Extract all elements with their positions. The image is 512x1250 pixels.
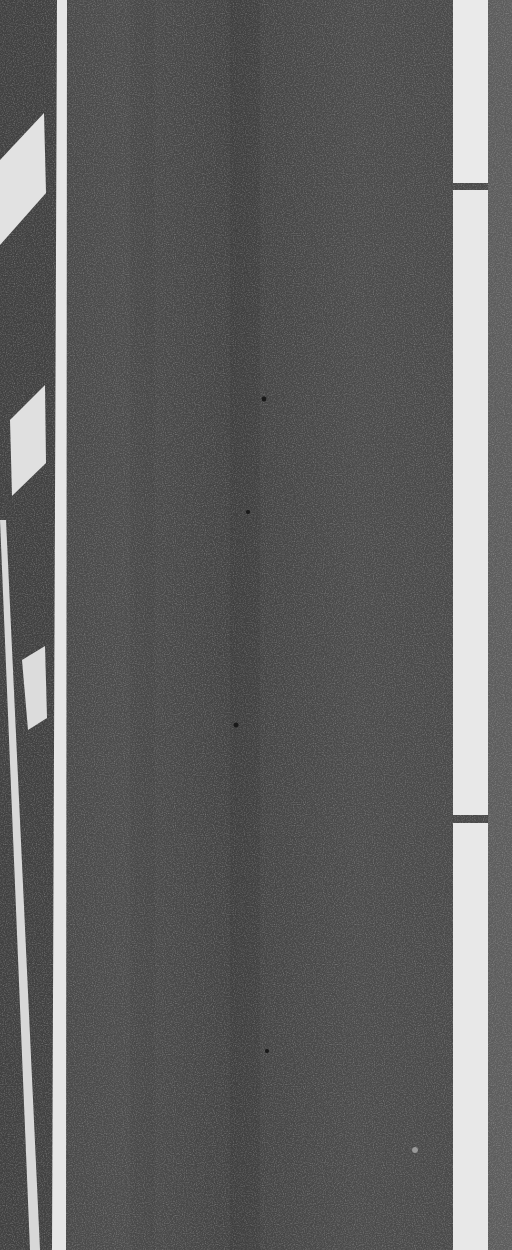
asphalt-spot (246, 510, 250, 514)
right-edge-line-segment-2 (453, 190, 488, 815)
right-edge-line-segment-1 (453, 0, 488, 183)
asphalt-spot (234, 723, 239, 728)
wheel-track (230, 0, 260, 1250)
right-edge-line-segment-3 (453, 823, 488, 1250)
asphalt-spot (262, 397, 267, 402)
road-aerial-image (0, 0, 512, 1250)
asphalt-spot (412, 1147, 418, 1153)
asphalt-spot (265, 1049, 269, 1053)
road-surface (0, 0, 512, 1250)
wheel-track (130, 0, 155, 1250)
